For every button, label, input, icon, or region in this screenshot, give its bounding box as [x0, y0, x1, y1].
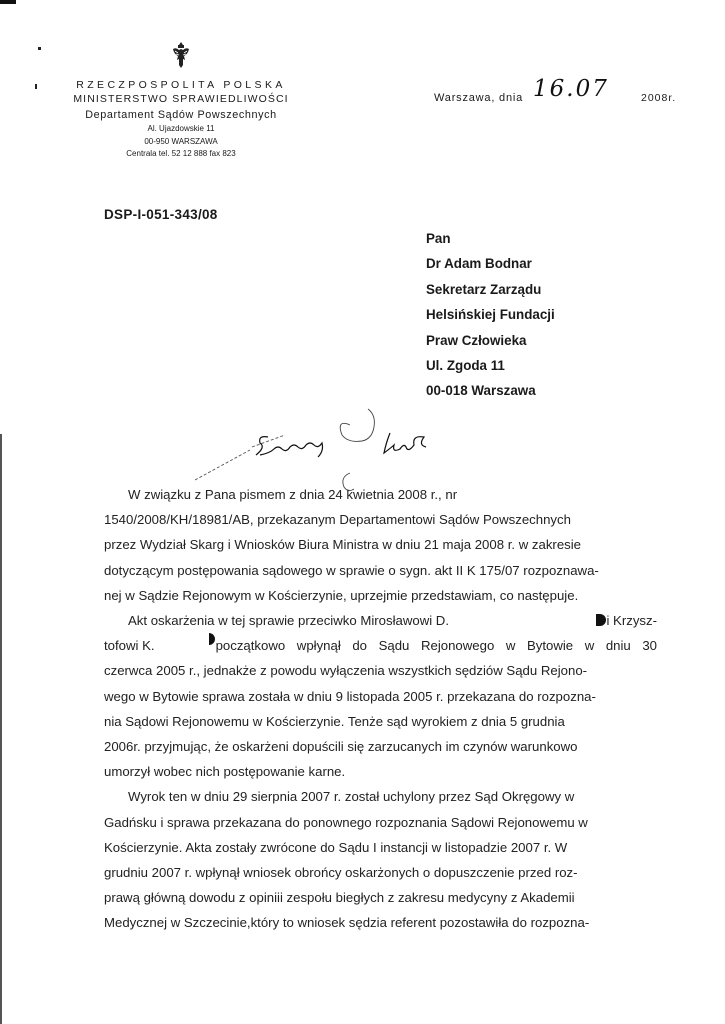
handwritten-salutation: Szanowny Panie [190, 395, 490, 495]
paragraph-line: prawą główną dowodu z opiniii zespołu bi… [104, 885, 657, 910]
country-name: RZECZPOSPOLITA POLSKA [40, 78, 322, 92]
recipient-line: Pan [426, 231, 555, 256]
paragraph-line: czerwca 2005 r., jednakże z powodu wyłąc… [104, 658, 657, 683]
recipient-line: Helsińskiej Fundacji [426, 307, 555, 332]
date-prefix: Warszawa, dnia [434, 92, 523, 104]
date-year: 2008r. [641, 92, 676, 104]
recipient-address: Pan Dr Adam Bodnar Sekretarz Zarządu Hel… [426, 231, 555, 409]
recipient-line: Dr Adam Bodnar [426, 256, 555, 281]
scan-edge-mark [0, 0, 16, 4]
reference-number: DSP-I-051-343/08 [104, 207, 218, 222]
paragraph-line: 2006r. przyjmując, że oskarżeni dopuścil… [104, 734, 657, 759]
paragraph-line: Wyrok ten w dniu 29 sierpnia 2007 r. zos… [104, 784, 657, 809]
paragraph-line: nej w Sądzie Rejonowym w Kościerzynie, u… [104, 583, 657, 608]
paragraph-line: Kościerzynie. Akta zostały zwrócone do S… [104, 835, 657, 860]
text-segment: początkowo wpłynął do Sądu Rejonowego w … [209, 633, 657, 658]
recipient-line: Ul. Zgoda 11 [426, 358, 555, 383]
text-segment: tofowi K. [104, 633, 155, 658]
handwritten-date: 16.07 [533, 76, 609, 102]
redaction-mark [209, 633, 215, 645]
paragraph-line: wego w Bytowie sprawa została w dniu 9 l… [104, 684, 657, 709]
paragraph-line: 1540/2008/KH/18981/AB, przekazanym Depar… [104, 507, 657, 532]
scan-speck [35, 84, 37, 89]
scan-edge-line [0, 434, 2, 1024]
ministry-name: MINISTERSTWO SPRAWIEDLIWOŚCI [40, 92, 322, 107]
paragraph-line: umorzył wobec nich postępowanie karne. [104, 759, 657, 784]
paragraph-line: Akt oskarżenia w tej sprawie przeciwko M… [104, 608, 657, 633]
street-address: Al. Ujazdowskie 11 [40, 123, 322, 136]
paragraph-line: przez Wydział Skarg i Wniosków Biura Min… [104, 532, 657, 557]
postal-city: 00-950 WARSZAWA [40, 136, 322, 149]
paragraph-line: grudniu 2007 r. wpłynął wniosek obrońcy … [104, 860, 657, 885]
redaction-mark [596, 614, 606, 626]
paragraph-line: W związku z Pana pismem z dnia 24 kwietn… [104, 482, 657, 507]
phone-fax: Centrala tel. 52 12 888 fax 823 [40, 148, 322, 161]
recipient-line: Sekretarz Zarządu [426, 282, 555, 307]
paragraph-line: dotyczącym postępowania sądowego w spraw… [104, 558, 657, 583]
text-segment: i Krzysz- [596, 608, 657, 633]
recipient-line: Praw Człowieka [426, 333, 555, 358]
paragraph-line: Gadńsku i sprawa przekazana do ponownego… [104, 810, 657, 835]
eagle-emblem-icon [169, 40, 193, 70]
paragraph-line: nia Sądowi Rejonowemu w Kościerzynie. Te… [104, 709, 657, 734]
department-name: Departament Sądów Powszechnych [40, 107, 322, 123]
text-segment: Akt oskarżenia w tej sprawie przeciwko M… [128, 608, 449, 633]
paragraph-line: Medycznej w Szczecinie,który to wniosek … [104, 910, 657, 935]
paragraph-line: tofowi K. początkowo wpłynął do Sądu Rej… [104, 633, 657, 658]
letterhead: RZECZPOSPOLITA POLSKA MINISTERSTWO SPRAW… [40, 40, 322, 161]
letter-body: W związku z Pana pismem z dnia 24 kwietn… [104, 482, 657, 936]
